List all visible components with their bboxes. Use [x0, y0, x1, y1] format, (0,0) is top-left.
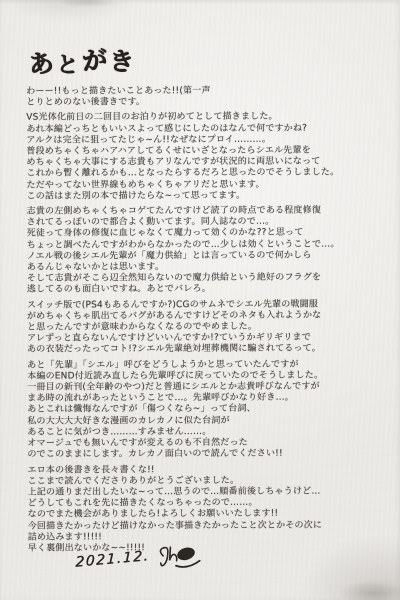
- afterword-body: わーー!!もっと描きたいことあった!!(第一声とりとめのない後書きです。VS光体…: [26, 85, 378, 558]
- paragraph: わーー!!もっと描きたいことあった!!(第一声とりとめのない後書きです。: [26, 85, 376, 109]
- paragraph: 志貴の左側めちゃくちゃコゲてたんですけど読了の時点である程度修復されてるっぽいの…: [27, 205, 377, 296]
- scanned-page: あとがき わーー!!もっと描きたいことあった!!(第一声とりとめのない後書きです…: [0, 0, 400, 600]
- page-title: あとがき: [28, 41, 137, 80]
- paragraph: エロ本の後書きを長々書くな!!ここまで読んでくださりありがとうございました。上記…: [27, 464, 377, 555]
- paragraph: あと「先輩」「シエル」呼びをどうしようかと思っていたんですが本編のEND付近読み…: [27, 359, 377, 461]
- signature-scribble: [154, 540, 203, 576]
- paragraph: スイッチ版で(PS4もあるんですか?)CGのサムネでシエル先輩の戦闘服がめちゃく…: [27, 299, 377, 356]
- scan-smudge-bottom-right: [338, 580, 400, 600]
- paragraph: VS光体化前日の二回目のお泊りが初めてとして描きました。あれ本編どっちともいいス…: [26, 112, 376, 203]
- scan-smudge-top-left: [58, 0, 118, 8]
